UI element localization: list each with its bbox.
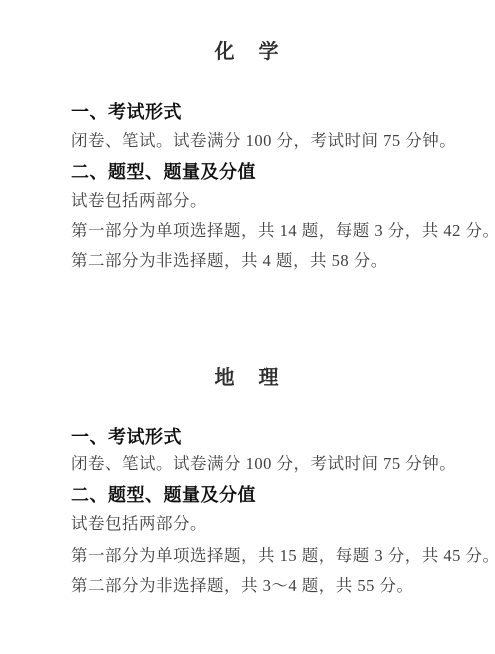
chemistry-parts-intro-text: 试卷包括两部分。 bbox=[71, 189, 207, 213]
geography-title: 地 理 bbox=[0, 365, 495, 391]
geography-exam-format-text: 闭卷、笔试。试卷满分 100 分，考试时间 75 分钟。 bbox=[71, 452, 456, 476]
chemistry-exam-format-text: 闭卷、笔试。试卷满分 100 分，考试时间 75 分钟。 bbox=[71, 129, 456, 153]
chemistry-part2-text: 第二部分为非选择题，共 4 题，共 58 分。 bbox=[71, 249, 388, 273]
exam-description-page: 化 学 一、考试形式 闭卷、笔试。试卷满分 100 分，考试时间 75 分钟。 … bbox=[0, 0, 495, 654]
geography-part1-text: 第一部分为单项选择题，共 15 题，每题 3 分，共 45 分。 bbox=[71, 544, 495, 568]
geography-exam-format-heading: 一、考试形式 bbox=[71, 425, 182, 449]
chemistry-exam-format-heading: 一、考试形式 bbox=[71, 100, 182, 124]
geography-question-types-heading: 二、题型、题量及分值 bbox=[71, 483, 256, 507]
chemistry-part1-text: 第一部分为单项选择题，共 14 题，每题 3 分，共 42 分。 bbox=[71, 219, 495, 243]
geography-parts-intro-text: 试卷包括两部分。 bbox=[71, 512, 207, 536]
chemistry-question-types-heading: 二、题型、题量及分值 bbox=[71, 160, 256, 184]
geography-part2-text: 第二部分为非选择题，共 3～4 题，共 55 分。 bbox=[71, 574, 414, 598]
chemistry-title: 化 学 bbox=[0, 39, 495, 65]
